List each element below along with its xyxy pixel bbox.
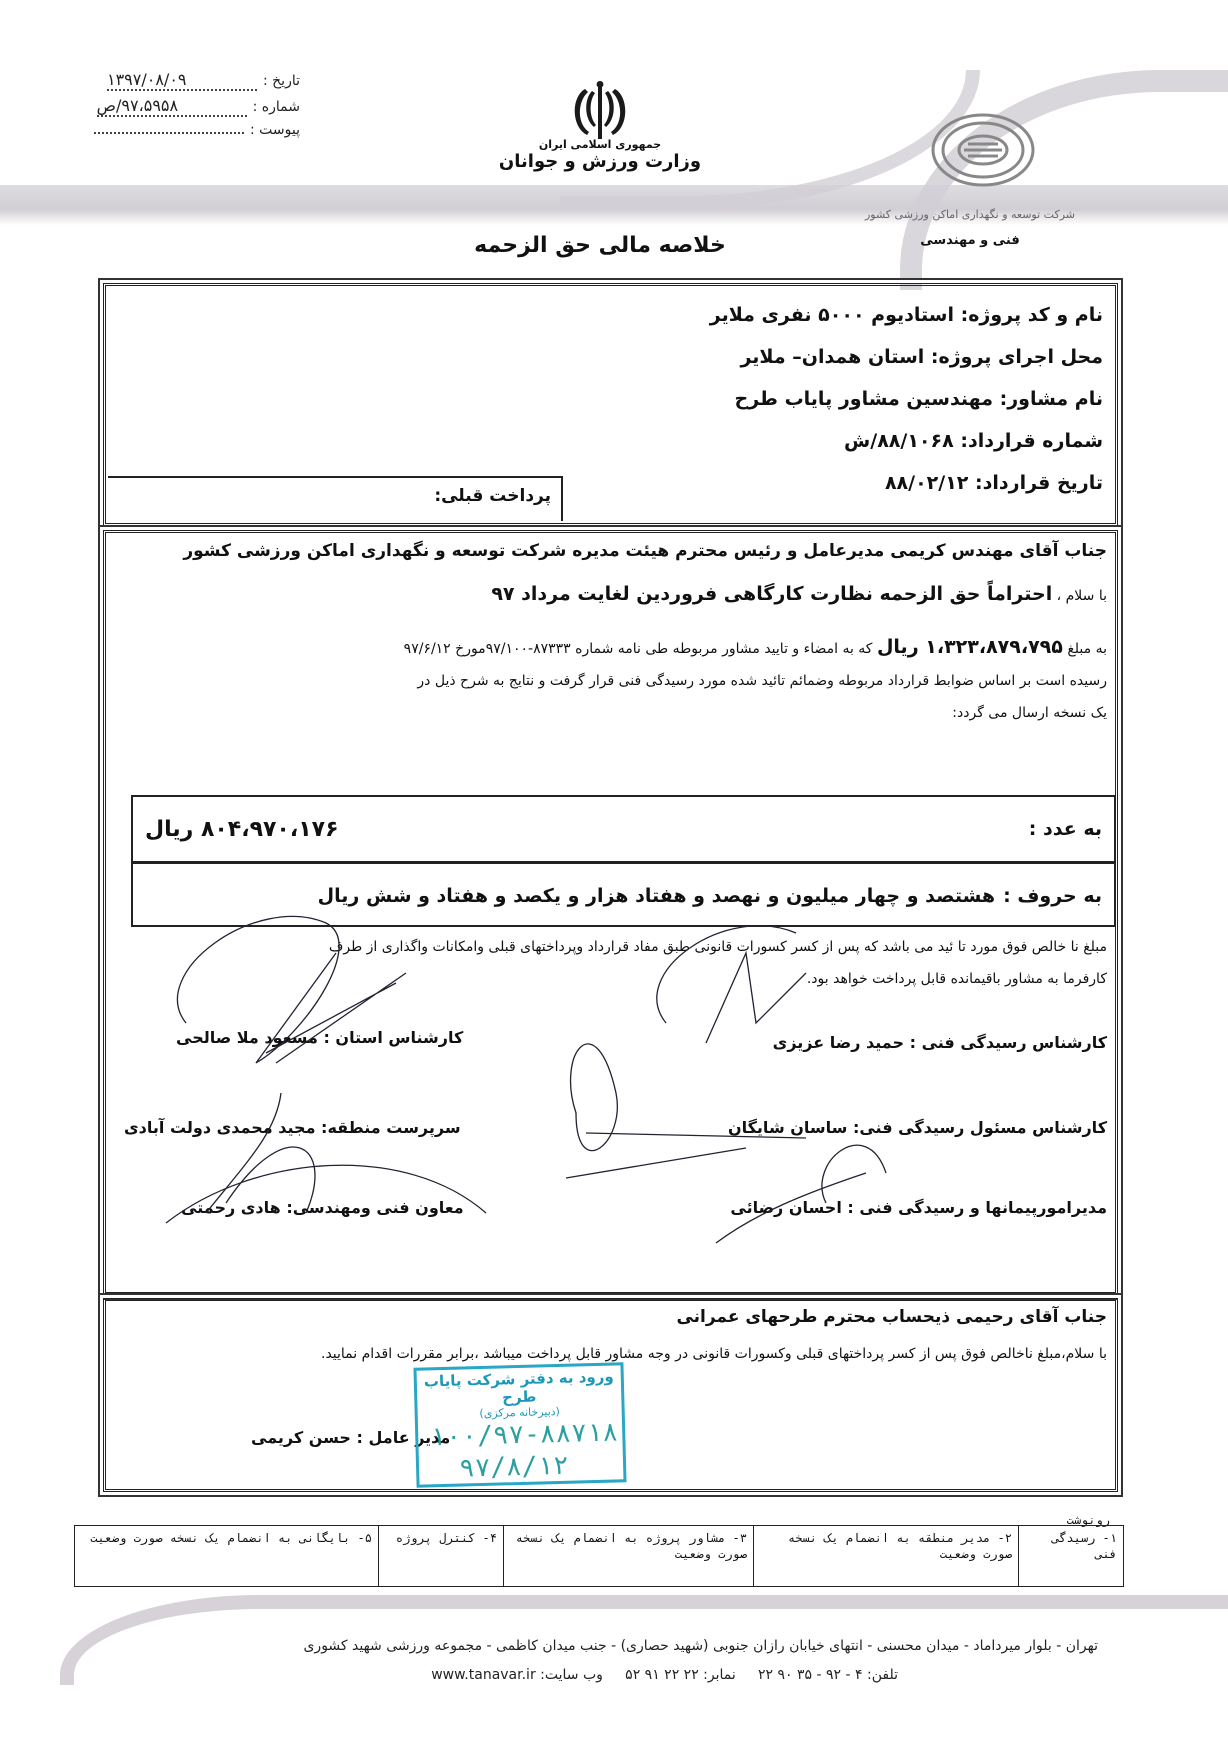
signature-scrawl-2 <box>266 973 406 1063</box>
letter-meta: تاریخ : ۱۳۹۷/۰۸/۰۹ شماره : ۹۷،۵۹۵۸/ص پیو… <box>60 70 300 148</box>
cc-item: ۵- بایگانی به انضمام یک نسخه صورت وضعیت <box>75 1526 378 1586</box>
net-amount-box: به عدد : ۸۰۴،۹۷۰،۱۷۶ ریال به حروف : هشتص… <box>131 795 1116 927</box>
letter-body-line2: رسیده است بر اساس ضوابط قرارداد مربوطه و… <box>107 665 1107 697</box>
letter-body: به مبلغ ۱،۳۲۳،۸۷۹،۷۹۵ ریال که به امضاء و… <box>107 631 1107 729</box>
number-label: شماره : <box>253 99 300 115</box>
cc-item: ۲- مدیر منطقه به انضمام یک نسخه صورت وضع… <box>753 1526 1018 1586</box>
date-value: ۱۳۹۷/۰۸/۰۹ <box>107 70 257 91</box>
amount-words-value: هشتصد و چهار میلیون و نهصد و هفتاد هزار … <box>318 885 995 907</box>
footer-website[interactable]: www.tanavar.ir <box>431 1667 535 1683</box>
signature-scrawl-1 <box>177 916 339 1063</box>
letter-body-line3: یک نسخه ارسال می گردد: <box>107 697 1107 729</box>
iran-emblem-icon <box>565 75 635 145</box>
project-info-box: نام و کد پروژه: استادیوم ۵۰۰۰ نفری ملایر… <box>103 283 1118 526</box>
amount-words-label: به حروف : <box>1003 885 1102 907</box>
letter-box: جناب آقای مهندس کریمی مدیرعامل و رئیس مح… <box>103 530 1118 1295</box>
date-label: تاریخ : <box>263 73 300 89</box>
organization-logo-icon <box>928 110 1038 190</box>
amount-numeric-row: به عدد : ۸۰۴،۹۷۰،۱۷۶ ریال <box>133 797 1114 861</box>
accounting-addressee: جناب آقای رحیمی ذیحساب محترم طرحهای عمرا… <box>676 1307 1107 1327</box>
amount-numeric-label: به عدد : <box>1029 818 1102 840</box>
handwritten-signatures <box>106 913 1116 1293</box>
footer-website-label: وب سایت: <box>540 1667 603 1683</box>
number-value: ۹۷،۵۹۵۸/ص <box>97 96 247 117</box>
attachment-row: پیوست : <box>60 122 300 148</box>
signature-scrawl-8 <box>716 1145 886 1243</box>
project-info-lines: نام و کد پروژه: استادیوم ۵۰۰۰ نفری ملایر… <box>710 294 1103 504</box>
letter-addressee: جناب آقای مهندس کریمی مدیرعامل و رئیس مح… <box>183 541 1107 561</box>
previous-payment: پرداخت قبلی: <box>108 476 563 521</box>
cc-item: ۳- مشاور پروژه به انضمام یک نسخه صورت وض… <box>503 1526 753 1586</box>
consultant-name: نام مشاور: مهندسین مشاور پایاب طرح <box>710 378 1103 420</box>
organization-department: فنی و مهندسی <box>900 233 1040 248</box>
footer-fax: نمابر: ۲۲ ۲۲ ۹۱ ۵۲ <box>625 1667 736 1683</box>
footer-contact: تلفن: ۴ - ۹۲ - ۳۵ ۹۰ ۲۲ نمابر: ۲۲ ۲۲ ۹۱ … <box>431 1667 898 1683</box>
letter-body-line1: به مبلغ ۱،۳۲۳،۸۷۹،۷۹۵ ریال که به امضاء و… <box>107 631 1107 665</box>
signature-scrawl-6 <box>571 1044 618 1151</box>
signature-scrawl-4 <box>166 1165 486 1223</box>
ministry-sub: جمهوری اسلامی ایران <box>480 138 720 151</box>
stamp-number: ۱۰۰/۹۷-۸۸۷۱۸ <box>430 1417 619 1452</box>
cc-item: ۴- کنترل پروژه <box>378 1526 503 1586</box>
body-line1-text: که به امضاء و تایید مشاور مربوطه طی نامه… <box>404 641 873 657</box>
signature-scrawl-3 <box>206 1093 315 1213</box>
ministry-heading: جمهوری اسلامی ایران وزارت ورزش و جوانان <box>480 138 720 172</box>
ministry-main: وزارت ورزش و جوانان <box>480 151 720 172</box>
gross-amount: ۱،۳۲۳،۸۷۹،۷۹۵ ریال <box>877 636 1063 658</box>
letter-subject: احتراماً حق الزحمه نظارت کارگاهی فروردین… <box>491 583 1052 605</box>
stamp-date: ۹۷/۸/۱۲ <box>459 1451 569 1484</box>
cc-item: ۱- رسیدگی فنی <box>1018 1526 1123 1586</box>
contract-number: شماره قرارداد: ۸۸/۱۰۶۸/ش <box>710 420 1103 462</box>
project-name: نام و کد پروژه: استادیوم ۵۰۰۰ نفری ملایر <box>710 294 1103 336</box>
contract-date: تاریخ قرارداد: ۸۸/۰۲/۱۲ <box>710 462 1103 504</box>
footer-phone: تلفن: ۴ - ۹۲ - ۳۵ ۹۰ ۲۲ <box>758 1667 898 1683</box>
project-location: محل اجرای پروژه: استان همدان– ملایر <box>710 336 1103 378</box>
signature-scrawl-5 <box>657 926 806 1043</box>
attachment-value <box>94 132 244 134</box>
letter-greeting-line: با سلام ، احتراماً حق الزحمه نظارت کارگا… <box>491 583 1107 605</box>
organization-name: شرکت توسعه و نگهداری اماکن ورزشی کشور <box>820 208 1120 221</box>
stamp-line1: ورود به دفتر شرکت پایاب طرح <box>417 1367 622 1408</box>
number-row: شماره : ۹۷،۵۹۵۸/ص <box>60 96 300 122</box>
registration-stamp: ورود به دفتر شرکت پایاب طرح (دبیرخانه مر… <box>413 1362 626 1487</box>
attachment-label: پیوست : <box>250 122 300 138</box>
letter-greeting: با سلام ، <box>1057 588 1107 604</box>
cc-table: ۱- رسیدگی فنی ۲- مدیر منطقه به انضمام یک… <box>74 1525 1124 1587</box>
document-title: خلاصه مالی حق الزحمه <box>400 233 800 258</box>
footer-address: تهران - بلوار میرداماد - میدان محسنی - ا… <box>303 1638 1098 1654</box>
signature-scrawl-7 <box>566 1133 806 1178</box>
date-row: تاریخ : ۱۳۹۷/۰۸/۰۹ <box>60 70 300 96</box>
amount-numeric-value: ۸۰۴،۹۷۰،۱۷۶ ریال <box>145 817 339 842</box>
body-prefix: به مبلغ <box>1067 641 1107 657</box>
